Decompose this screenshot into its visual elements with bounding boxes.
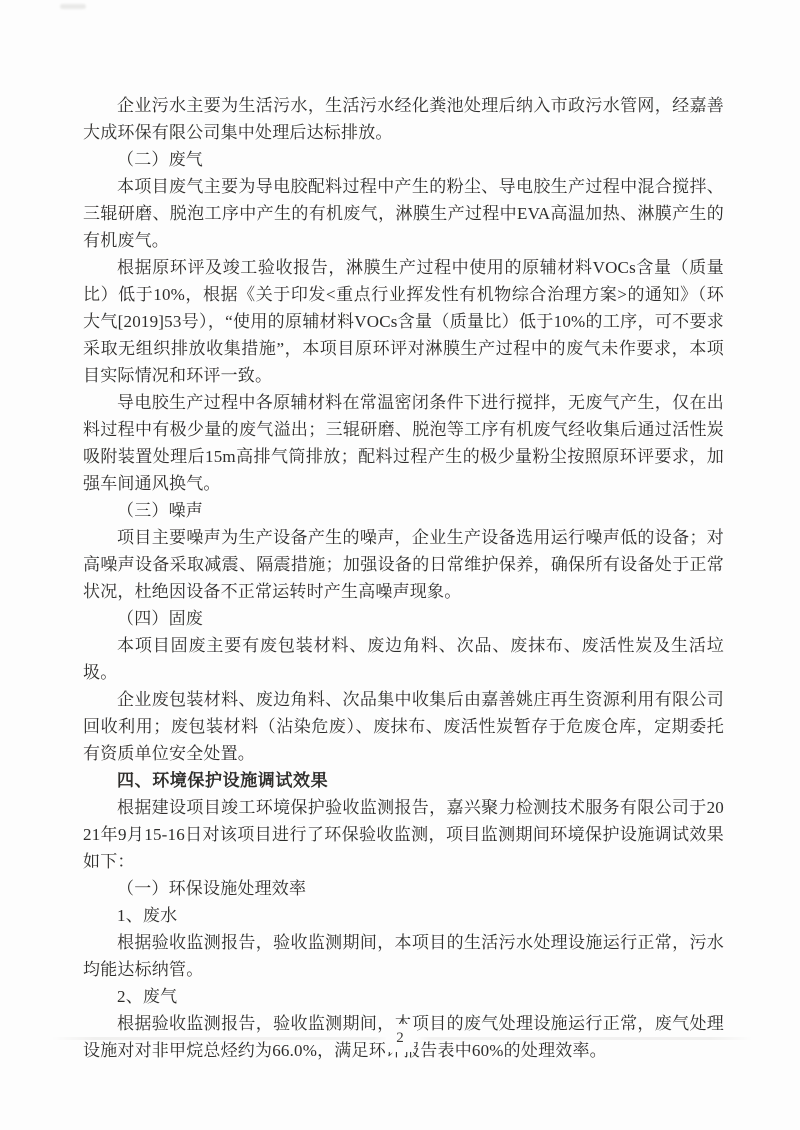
paragraph: （一）环保设施处理效率 bbox=[83, 875, 724, 902]
paragraph: （四）固废 bbox=[83, 605, 724, 632]
paragraph: 企业废包装材料、废边角料、次品集中收集后由嘉善姚庄再生资源利用有限公司回收利用；… bbox=[83, 686, 724, 767]
page-footer: 2 bbox=[0, 1024, 800, 1052]
paragraph: 导电胶生产过程中各原辅材料在常温密闭条件下进行搅拌，无废气产生，仅在出料过程中有… bbox=[83, 389, 724, 497]
section-heading: 四、环境保护设施调试效果 bbox=[83, 767, 724, 794]
document-page: 企业污水主要为生活污水，生活污水经化粪池处理后纳入市政污水管网，经嘉善大成环保有… bbox=[0, 0, 800, 1130]
paragraph: 本项目废气主要为导电胶配料过程中产生的粉尘、导电胶生产过程中混合搅拌、三辊研磨、… bbox=[83, 173, 724, 254]
paragraph: 1、废水 bbox=[83, 902, 724, 929]
paragraph: 根据建设项目竣工环境保护验收监测报告，嘉兴聚力检测技术服务有限公司于2021年9… bbox=[83, 794, 724, 875]
page-number: 2 bbox=[386, 1024, 414, 1052]
paragraph: （二）废气 bbox=[83, 146, 724, 173]
paragraph: （三）噪声 bbox=[83, 497, 724, 524]
paragraph: 企业污水主要为生活污水，生活污水经化粪池处理后纳入市政污水管网，经嘉善大成环保有… bbox=[83, 92, 724, 146]
paragraph: 本项目固废主要有废包装材料、废边角料、次品、废抹布、废活性炭及生活垃圾。 bbox=[83, 632, 724, 686]
scan-smudge-artifact bbox=[60, 4, 86, 9]
document-body: 企业污水主要为生活污水，生活污水经化粪池处理后纳入市政污水管网，经嘉善大成环保有… bbox=[83, 92, 724, 1064]
paragraph: 根据验收监测报告，验收监测期间，本项目的生活污水处理设施运行正常，污水均能达标纳… bbox=[83, 929, 724, 983]
paragraph: 项目主要噪声为生产设备产生的噪声，企业生产设备选用运行噪声低的设备；对高噪声设备… bbox=[83, 524, 724, 605]
paragraph: 2、废气 bbox=[83, 983, 724, 1010]
paragraph: 根据原环评及竣工验收报告，淋膜生产过程中使用的原辅材料VOCs含量（质量比）低于… bbox=[83, 254, 724, 389]
